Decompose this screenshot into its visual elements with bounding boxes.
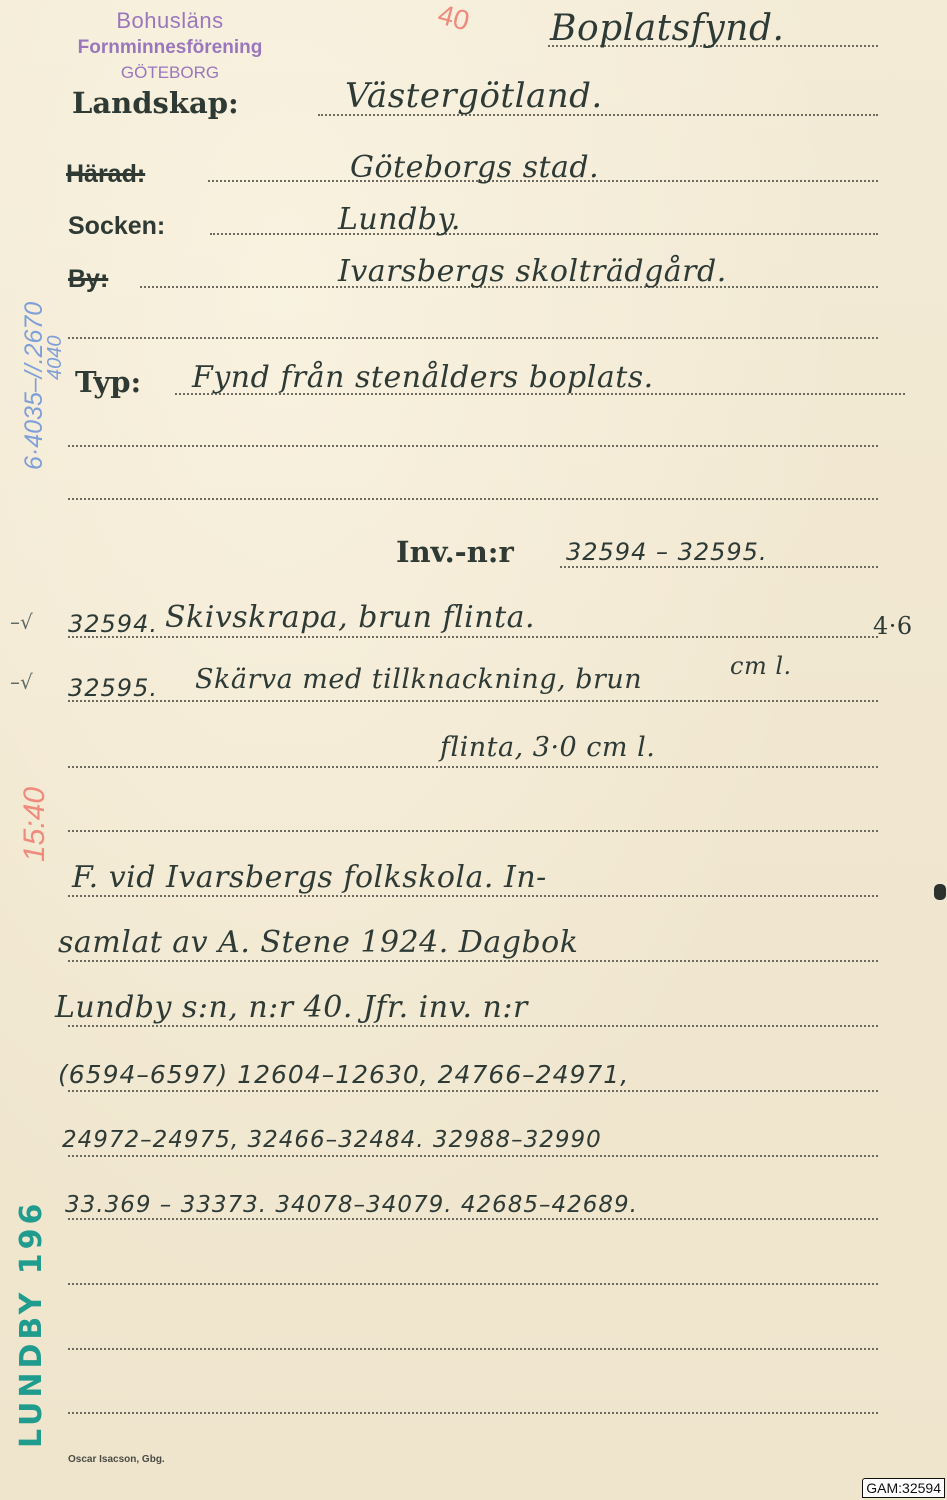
catalog-card: Bohusläns Fornminnesförening GÖTEBORG 40… [0, 0, 947, 1500]
note-line-3 [68, 1025, 878, 1027]
inventory-value: 32594 – 32595. [566, 538, 768, 566]
blank-line-1 [68, 337, 878, 339]
field-label-harad: Härad: [66, 160, 145, 189]
item-1-measure-cont: cm l. [730, 652, 792, 680]
item-1-number: 32594. [68, 610, 158, 638]
blank-line-6 [68, 1348, 878, 1350]
field-label-landskap: Landskap: [72, 86, 239, 120]
item-1-check-mark: –√ [10, 610, 33, 634]
inventory-label: Inv.-n:r [396, 535, 514, 569]
item-2-cont-line [68, 766, 878, 768]
note-line-1 [68, 895, 878, 897]
field-label-by: By: [68, 265, 108, 294]
note-line-4 [68, 1090, 878, 1092]
note-text-6: 33.369 – 33373. 34078–34079. 42685–42689… [65, 1192, 638, 1218]
field-value-socken: Lundby. [338, 202, 461, 237]
lundby-side-stamp: LUNDBY 196 [14, 1200, 49, 1448]
blank-line-3 [68, 498, 878, 500]
item-1-description: Skivskrapa, brun flinta. [165, 600, 535, 635]
field-value-harad: Göteborgs stad. [350, 150, 599, 185]
red-annotation-top: 40 [434, 0, 472, 37]
blue-annotation-side-2: 4040 [44, 336, 67, 381]
stamp-line-2: Fornminnesförening [40, 37, 300, 59]
blank-line-5 [68, 1283, 878, 1285]
item-2-description: Skärva med tillknackning, brun [195, 664, 642, 695]
stamp-line-1: Bohusläns [40, 8, 300, 34]
field-line-socken [210, 233, 878, 235]
red-annotation-side: 15:40 [18, 787, 52, 862]
field-label-socken: Socken: [68, 212, 165, 241]
note-text-2: samlat av A. Stene 1924. Dagbok [58, 925, 578, 960]
blank-line-2 [68, 445, 878, 447]
punch-dot [934, 884, 946, 900]
stamp-line-3: GÖTEBORG [40, 63, 300, 83]
item-2-description-cont: flinta, 3·0 cm l. [440, 732, 655, 763]
note-text-1: F. vid Ivarsbergs folkskola. In- [72, 860, 547, 895]
item-2-number: 32595. [68, 674, 158, 702]
society-stamp: Bohusläns Fornminnesförening GÖTEBORG [40, 0, 300, 83]
note-text-4: (6594–6597) 12604–12630, 24766–24971, [58, 1060, 629, 1089]
note-line-5 [68, 1155, 878, 1157]
note-line-6 [68, 1218, 878, 1220]
item-1-line [68, 636, 878, 638]
field-value-landskap: Västergötland. [345, 76, 603, 116]
note-line-2 [68, 960, 878, 962]
blank-line-7 [68, 1412, 878, 1414]
printer-imprint: Oscar Isacson, Gbg. [68, 1454, 165, 1465]
field-value-typ: Fynd från stenålders boplats. [192, 360, 654, 395]
note-text-5: 24972–24975, 32466–32484. 32988–32990 [62, 1127, 602, 1153]
category-text: Boplatsfynd. [550, 8, 784, 49]
item-1-measure: 4·6 [873, 612, 913, 640]
blue-annotation-side: 6·4035–//.2670 [20, 302, 49, 470]
item-2-line [68, 700, 878, 702]
note-text-3: Lundby s:n, n:r 40. Jfr. inv. n:r [55, 990, 528, 1025]
inventory-line [560, 566, 878, 568]
blank-line-4 [68, 830, 878, 832]
item-2-check-mark: –√ [10, 670, 33, 694]
field-value-by: Ivarsbergs skolträdgård. [338, 254, 727, 289]
catalog-id-label: GAM:32594 [862, 1478, 945, 1498]
field-label-typ: Typ: [75, 365, 141, 399]
